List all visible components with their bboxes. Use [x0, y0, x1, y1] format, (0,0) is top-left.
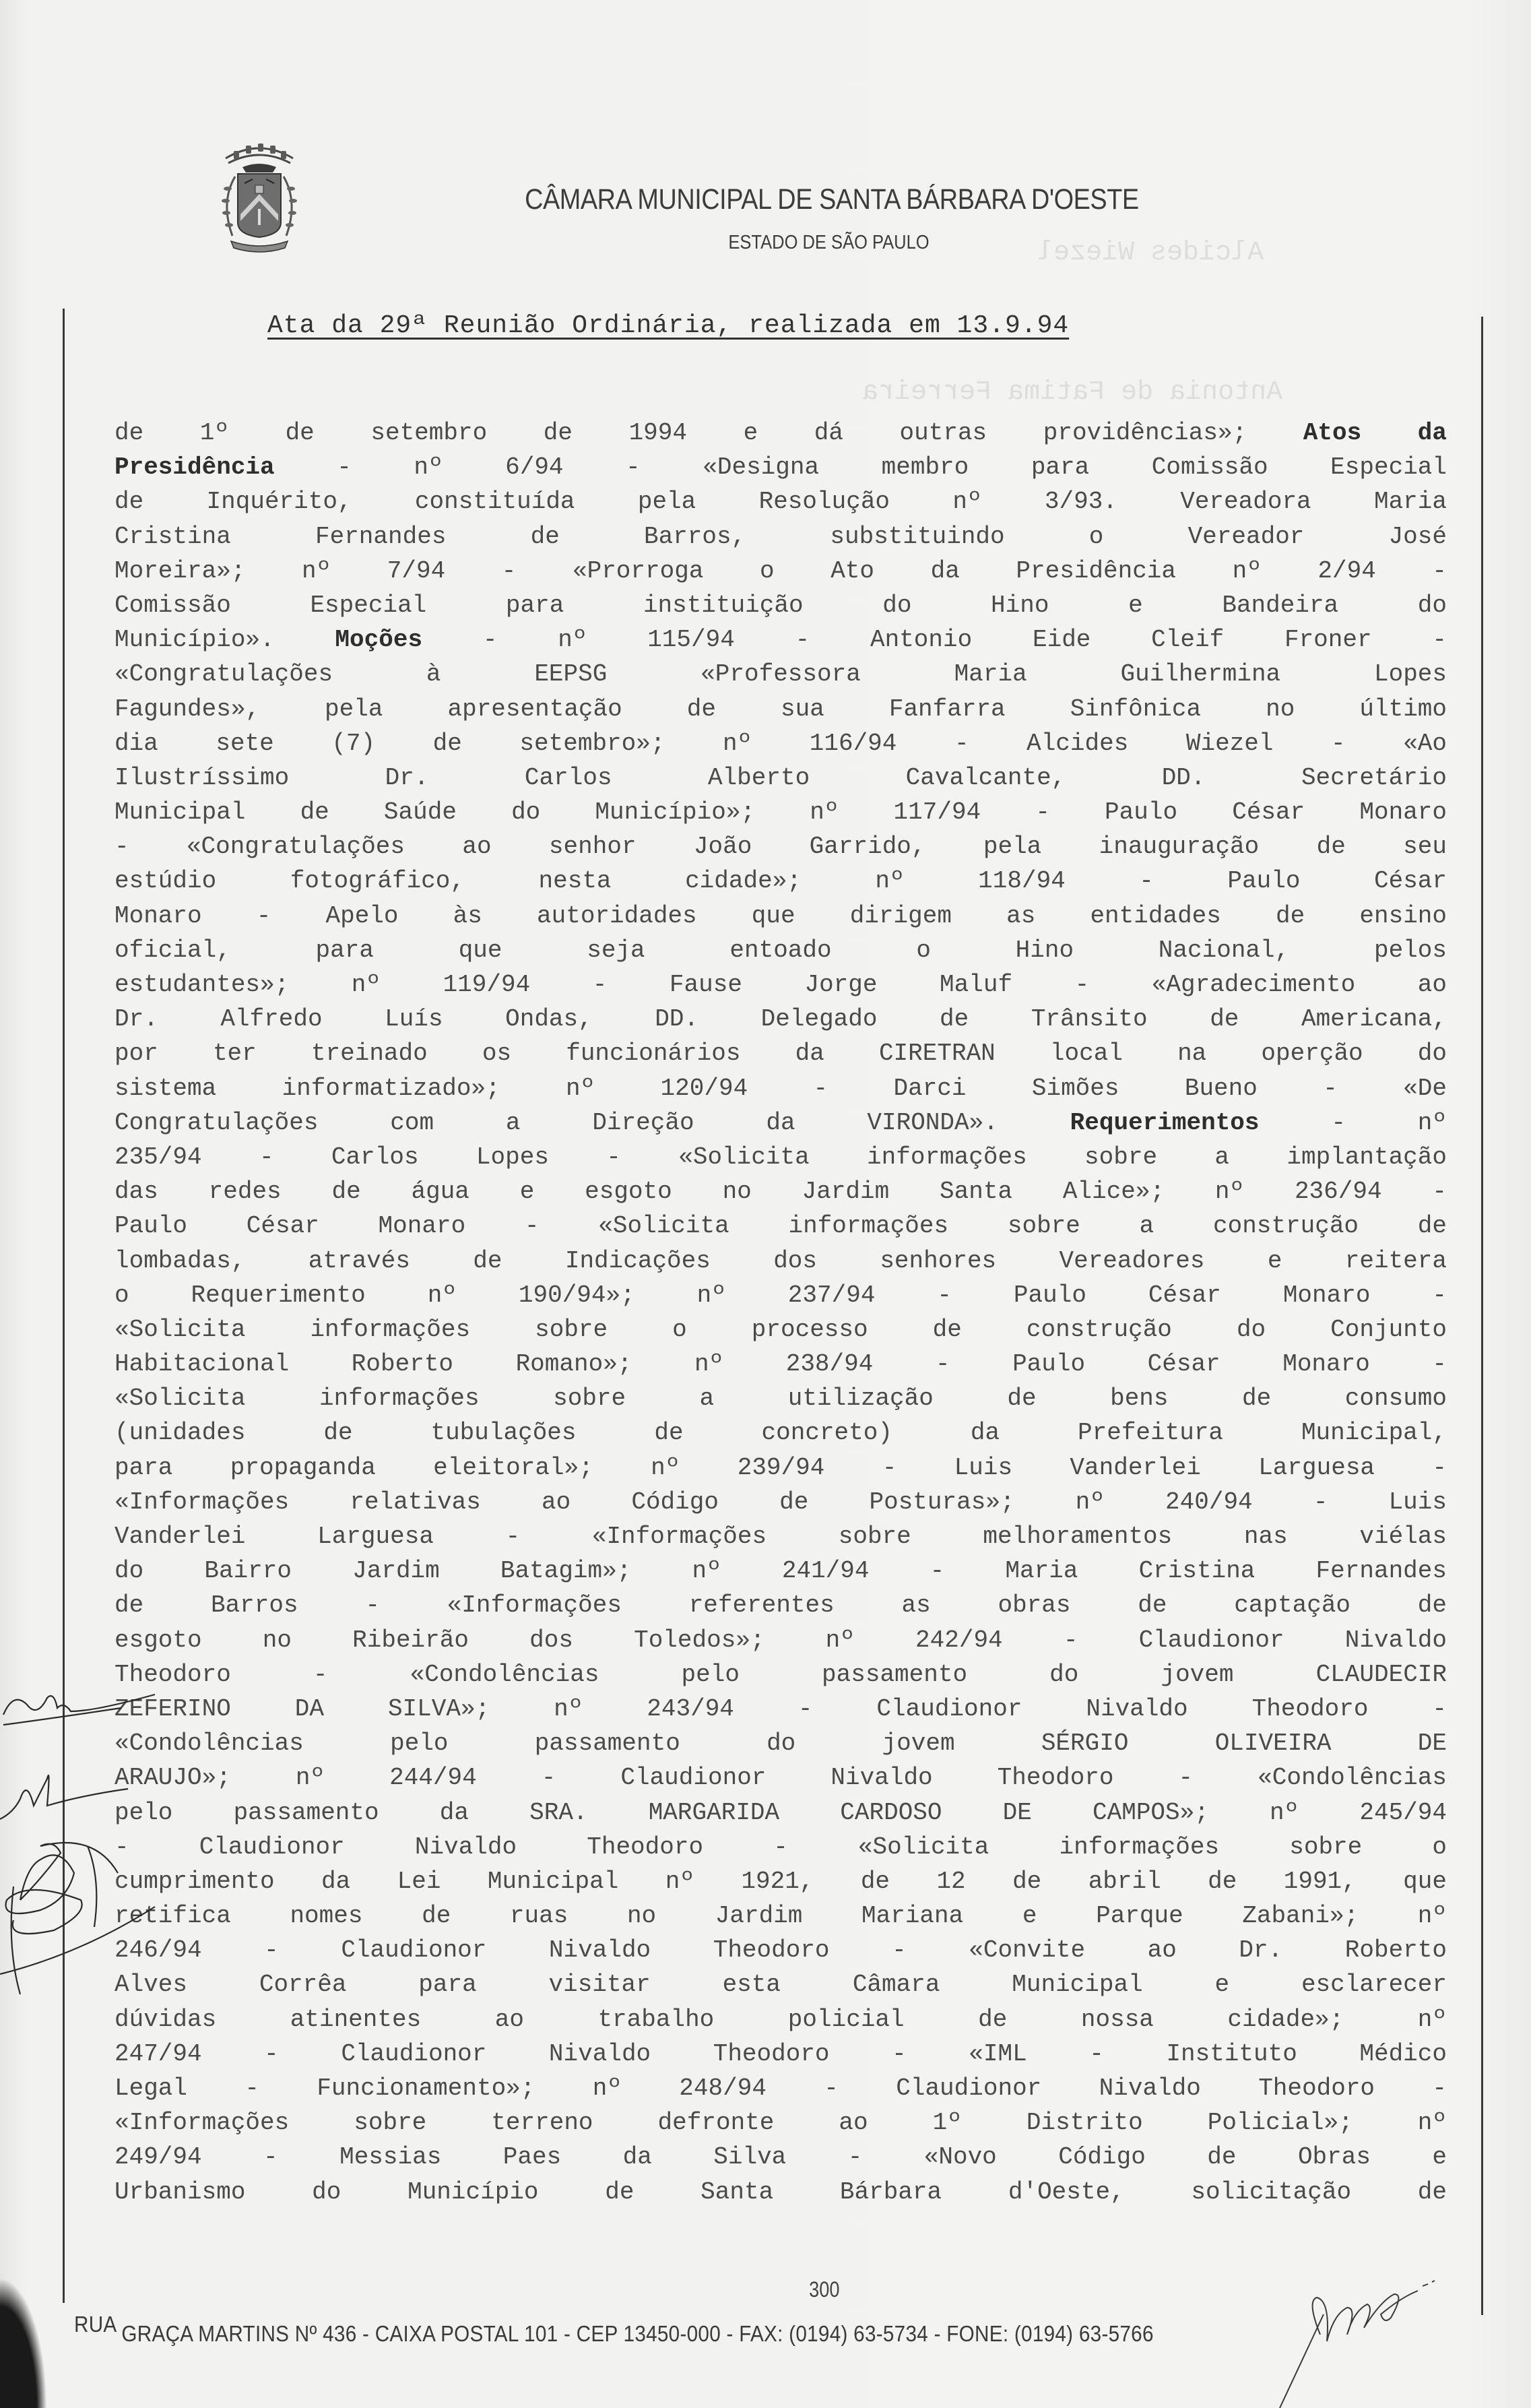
- text-line: Vanderlei Larguesa - «Informações sobre …: [115, 1519, 1447, 1554]
- text-line: Município». Moções - nº 115/94 - Antonio…: [115, 623, 1447, 657]
- text-segment: 246/94 - Claudionor Nivaldo Theodoro - «…: [115, 1936, 1447, 1964]
- text-line: Fagundes», pela apresentação de sua Fanf…: [115, 692, 1447, 726]
- document-title: Ata da 29ª Reunião Ordinária, realizada …: [267, 311, 1069, 340]
- text-segment: (unidades de tubulações de concreto) da …: [115, 1419, 1447, 1447]
- text-line: 247/94 - Claudionor Nivaldo Theodoro - «…: [115, 2037, 1447, 2071]
- text-segment: cumprimento da Lei Municipal nº 1921, de…: [115, 1868, 1447, 1895]
- text-segment: 235/94 - Carlos Lopes - «Solicita inform…: [115, 1143, 1447, 1171]
- text-line: Moreira»; nº 7/94 - «Prorroga o Ato da P…: [115, 554, 1447, 588]
- text-segment: Fagundes», pela apresentação de sua Fanf…: [115, 695, 1447, 723]
- text-line: esgoto no Ribeirão dos Toledos»; nº 242/…: [115, 1623, 1447, 1657]
- text-line: oficial, para que seja entoado o Hino Na…: [115, 933, 1447, 968]
- text-segment: o Requerimento nº 190/94»; nº 237/94 - P…: [115, 1281, 1447, 1309]
- text-segment: retifica nomes de ruas no Jardim Mariana…: [115, 1902, 1447, 1930]
- text-segment: Municipal de Saúde do Município»; nº 117…: [115, 798, 1447, 826]
- text-line: «Informações sobre terreno defronte ao 1…: [115, 2105, 1447, 2140]
- section-heading: Presidência: [115, 453, 275, 481]
- text-line: de 1º de setembro de 1994 e dá outras pr…: [115, 416, 1447, 450]
- text-segment: por ter treinado os funcionários da CIRE…: [115, 1040, 1447, 1067]
- show-through-text: Antonia de Fatima Ferreira: [862, 377, 1282, 408]
- text-line: cumprimento da Lei Municipal nº 1921, de…: [115, 1864, 1447, 1899]
- text-line: «Condolências pelo passamento do jovem S…: [115, 1726, 1447, 1761]
- text-line: Presidência - nº 6/94 - «Designa membro …: [115, 450, 1447, 484]
- text-segment: Comissão Especial para instituição do Hi…: [115, 592, 1447, 619]
- text-segment: «Informações relativas ao Código de Post…: [115, 1488, 1447, 1516]
- text-line: do Bairro Jardim Batagim»; nº 241/94 - M…: [115, 1554, 1447, 1588]
- footer-address: RUA GRAÇA MARTINS Nº 436 - CAIXA POSTAL …: [74, 2321, 1154, 2347]
- state-name: ESTADO DE SÃO PAULO: [93, 232, 1440, 254]
- text-segment: - nº: [1260, 1109, 1447, 1137]
- text-line: Ilustríssimo Dr. Carlos Alberto Cavalcan…: [115, 761, 1447, 795]
- text-line: Alves Corrêa para visitar esta Câmara Mu…: [115, 1967, 1447, 2002]
- document-page: Alcides Wiezel Antonia de Fatima Ferreir…: [0, 0, 1531, 2408]
- text-line: (unidades de tubulações de concreto) da …: [115, 1416, 1447, 1450]
- text-segment: Dr. Alfredo Luís Ondas, DD. Delegado de …: [115, 1005, 1447, 1033]
- text-line: de Barros - «Informações referentes as o…: [115, 1588, 1447, 1622]
- text-segment: «Congratulações à EEPSG «Professora Mari…: [115, 660, 1447, 688]
- text-segment: de Inquérito, constituída pela Resolução…: [115, 488, 1447, 515]
- text-segment: estudantes»; nº 119/94 - Fause Jorge Mal…: [115, 971, 1447, 999]
- text-segment: - Claudionor Nivaldo Theodoro - «Solicit…: [115, 1833, 1447, 1861]
- text-segment: Moreira»; nº 7/94 - «Prorroga o Ato da P…: [115, 557, 1447, 585]
- text-segment: Vanderlei Larguesa - «Informações sobre …: [115, 1523, 1447, 1550]
- text-segment: Ilustríssimo Dr. Carlos Alberto Cavalcan…: [115, 764, 1447, 792]
- text-segment: das redes de água e esgoto no Jardim San…: [115, 1178, 1447, 1205]
- text-segment: oficial, para que seja entoado o Hino Na…: [115, 937, 1447, 964]
- text-line: estudantes»; nº 119/94 - Fause Jorge Mal…: [115, 968, 1447, 1002]
- text-segment: Cristina Fernandes de Barros, substituin…: [115, 523, 1447, 550]
- margin-signatures-icon: [0, 1678, 162, 2149]
- text-segment: para propaganda eleitoral»; nº 239/94 - …: [115, 1454, 1447, 1482]
- text-segment: Município».: [115, 626, 335, 654]
- text-segment: - «Congratulações ao senhor João Garrido…: [115, 833, 1447, 860]
- text-segment: dia sete (7) de setembro»; nº 116/94 - A…: [115, 730, 1447, 757]
- text-line: Comissão Especial para instituição do Hi…: [115, 588, 1447, 623]
- text-line: pelo passamento da SRA. MARGARIDA CARDOS…: [115, 1796, 1447, 1830]
- section-heading: Atos da: [1303, 419, 1447, 447]
- text-segment: dúvidas atinentes ao trabalho policial d…: [115, 2006, 1447, 2033]
- text-line: - Claudionor Nivaldo Theodoro - «Solicit…: [115, 1830, 1447, 1864]
- text-line: estúdio fotográfico, nesta cidade»; nº 1…: [115, 864, 1447, 898]
- text-line: «Solicita informações sobre o processo d…: [115, 1312, 1447, 1347]
- text-segment: «Condolências pelo passamento do jovem S…: [115, 1730, 1447, 1757]
- text-line: de Inquérito, constituída pela Resolução…: [115, 484, 1447, 519]
- text-segment: estúdio fotográfico, nesta cidade»; nº 1…: [115, 867, 1447, 895]
- text-segment: Paulo César Monaro - «Solicita informaçõ…: [115, 1212, 1447, 1240]
- text-line: por ter treinado os funcionários da CIRE…: [115, 1036, 1447, 1071]
- text-segment: 249/94 - Messias Paes da Silva - «Novo C…: [115, 2143, 1447, 2171]
- text-line: 246/94 - Claudionor Nivaldo Theodoro - «…: [115, 1933, 1447, 1967]
- text-line: lombadas, através de Indicações dos senh…: [115, 1244, 1447, 1278]
- text-segment: «Solicita informações sobre a utilização…: [115, 1385, 1447, 1412]
- text-line: sistema informatizado»; nº 120/94 - Darc…: [115, 1071, 1447, 1106]
- right-margin-rule: [1481, 317, 1483, 2315]
- text-segment: - nº 6/94 - «Designa membro para Comissã…: [275, 453, 1447, 481]
- text-segment: do Bairro Jardim Batagim»; nº 241/94 - M…: [115, 1557, 1447, 1585]
- text-line: Theodoro - «Condolências pelo passamento…: [115, 1657, 1447, 1692]
- text-line: ZEFERINO DA SILVA»; nº 243/94 - Claudion…: [115, 1692, 1447, 1726]
- text-segment: sistema informatizado»; nº 120/94 - Darc…: [115, 1075, 1447, 1102]
- text-line: Monaro - Apelo às autoridades que dirige…: [115, 899, 1447, 933]
- text-segment: ARAUJO»; nº 244/94 - Claudionor Nivaldo …: [115, 1764, 1447, 1792]
- text-line: para propaganda eleitoral»; nº 239/94 - …: [115, 1451, 1447, 1485]
- text-line: Paulo César Monaro - «Solicita informaçõ…: [115, 1209, 1447, 1243]
- text-segment: Alves Corrêa para visitar esta Câmara Mu…: [115, 1971, 1447, 1998]
- text-line: 235/94 - Carlos Lopes - «Solicita inform…: [115, 1140, 1447, 1174]
- text-segment: «Solicita informações sobre o processo d…: [115, 1316, 1447, 1343]
- text-segment: Monaro - Apelo às autoridades que dirige…: [115, 902, 1447, 930]
- text-segment: pelo passamento da SRA. MARGARIDA CARDOS…: [115, 1799, 1447, 1827]
- text-line: Cristina Fernandes de Barros, substituin…: [115, 519, 1447, 554]
- text-line: Urbanismo do Município de Santa Bárbara …: [115, 2175, 1447, 2209]
- text-line: «Informações relativas ao Código de Post…: [115, 1485, 1447, 1519]
- scan-edge-shadow: [0, 2277, 47, 2408]
- text-segment: «Informações sobre terreno defronte ao 1…: [115, 2109, 1447, 2136]
- text-line: das redes de água e esgoto no Jardim San…: [115, 1174, 1447, 1209]
- text-segment: Theodoro - «Condolências pelo passamento…: [115, 1661, 1447, 1688]
- text-segment: Legal - Funcionamento»; nº 248/94 - Clau…: [115, 2074, 1447, 2102]
- text-line: Municipal de Saúde do Município»; nº 117…: [115, 795, 1447, 829]
- text-segment: esgoto no Ribeirão dos Toledos»; nº 242/…: [115, 1626, 1447, 1654]
- text-segment: Congratulações com a Direção da VIRONDA»…: [115, 1109, 1070, 1137]
- text-line: Habitacional Roberto Romano»; nº 238/94 …: [115, 1347, 1447, 1381]
- text-line: retifica nomes de ruas no Jardim Mariana…: [115, 1899, 1447, 1933]
- text-line: Congratulações com a Direção da VIRONDA»…: [115, 1106, 1447, 1140]
- section-heading: Moções: [335, 626, 422, 654]
- text-line: «Solicita informações sobre a utilização…: [115, 1381, 1447, 1416]
- text-segment: - nº 115/94 - Antonio Eide Cleif Froner …: [422, 626, 1447, 654]
- text-segment: Urbanismo do Município de Santa Bárbara …: [115, 2178, 1447, 2206]
- text-segment: Habitacional Roberto Romano»; nº 238/94 …: [115, 1350, 1447, 1378]
- text-segment: 247/94 - Claudionor Nivaldo Theodoro - «…: [115, 2040, 1447, 2068]
- text-segment: de 1º de setembro de 1994 e dá outras pr…: [115, 419, 1303, 447]
- text-line: - «Congratulações ao senhor João Garrido…: [115, 829, 1447, 864]
- text-segment: lombadas, através de Indicações dos senh…: [115, 1247, 1447, 1275]
- text-line: dúvidas atinentes ao trabalho policial d…: [115, 2002, 1447, 2037]
- text-line: 249/94 - Messias Paes da Silva - «Novo C…: [115, 2140, 1447, 2174]
- text-line: ARAUJO»; nº 244/94 - Claudionor Nivaldo …: [115, 1761, 1447, 1795]
- text-segment: de Barros - «Informações referentes as o…: [115, 1591, 1447, 1619]
- text-line: «Congratulações à EEPSG «Professora Mari…: [115, 657, 1447, 691]
- text-line: o Requerimento nº 190/94»; nº 237/94 - P…: [115, 1278, 1447, 1312]
- page-number: 300: [123, 2277, 1425, 2302]
- section-heading: Requerimentos: [1070, 1109, 1260, 1137]
- text-line: Legal - Funcionamento»; nº 248/94 - Clau…: [115, 2071, 1447, 2105]
- institution-name: CÂMARA MUNICIPAL DE SANTA BÁRBARA D'OEST…: [93, 183, 1440, 216]
- text-line: Dr. Alfredo Luís Ondas, DD. Delegado de …: [115, 1002, 1447, 1036]
- minutes-body: de 1º de setembro de 1994 e dá outras pr…: [115, 416, 1447, 2209]
- text-line: dia sete (7) de setembro»; nº 116/94 - A…: [115, 726, 1447, 761]
- text-segment: ZEFERINO DA SILVA»; nº 243/94 - Claudion…: [115, 1695, 1447, 1723]
